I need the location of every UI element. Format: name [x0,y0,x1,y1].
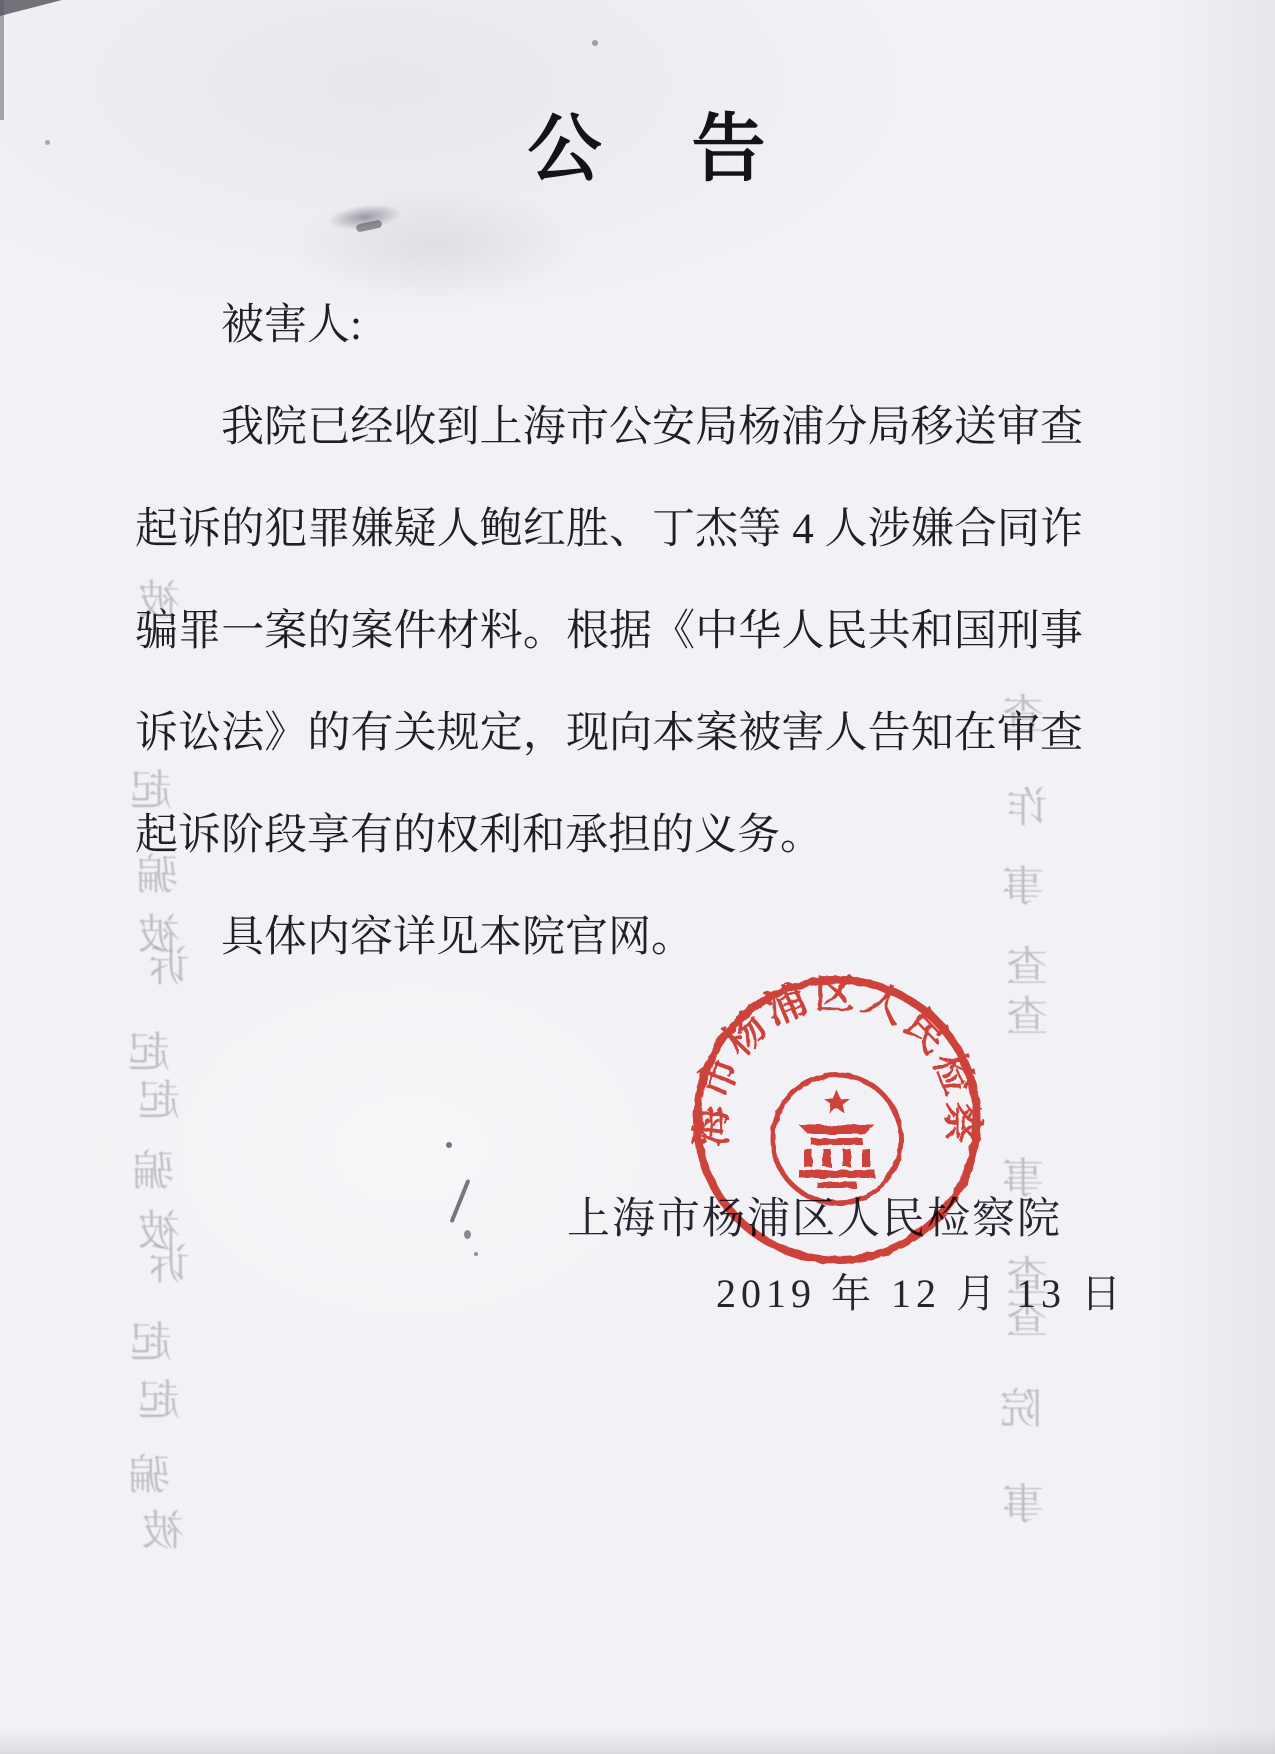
seal-national-emblem-icon [773,1075,901,1203]
bleed-through-char: 起 [138,1368,180,1428]
ink-speck [592,40,598,46]
bleed-through-char: 骗 [128,1442,170,1502]
bleed-through-char: 起 [130,1310,172,1370]
salutation: 被害人: [135,275,1083,377]
bleed-through-char: 事 [1002,1472,1044,1532]
bleed-through-char: 被 [138,1198,180,1258]
ink-speck [474,1252,478,1256]
paragraph-website-note: 具体内容详见本院官网。 [135,887,1083,989]
bleed-through-char: 被 [142,1498,184,1558]
pencil-smudge [327,201,403,234]
issuer-signature: 上海市杨浦区人民检察院 [567,1185,1062,1246]
bleed-through-char: 起 [138,1068,180,1128]
bleed-through-char: 查 [1006,984,1048,1044]
bleed-through-char: 院 [1000,1376,1042,1436]
document-body: 被害人: 我院已经收到上海市公安局杨浦分局移送审查起诉的犯罪嫌疑人鲍红胜、丁杰等… [135,275,1083,989]
bleed-through-char: 起 [128,1020,170,1080]
paper-shading-right [1155,0,1275,1754]
scan-corner-mark [0,0,62,16]
ink-scratch [450,1179,471,1223]
issue-date: 2019 年 12 月 13 日 [716,1262,1126,1319]
ink-speck [446,1142,452,1148]
bleed-through-char: 诉 [148,1232,190,1292]
paragraph-main: 我院已经收到上海市公安局杨浦分局移送审查起诉的犯罪嫌疑人鲍红胜、丁杰等 4 人涉… [135,377,1083,887]
paper-shading-bottom [0,1728,1275,1754]
pencil-smudge-dark [355,219,382,232]
bleed-through-char: 骗 [132,1138,174,1198]
document-title: 公 告 [0,90,1275,196]
ink-speck [464,1230,471,1239]
